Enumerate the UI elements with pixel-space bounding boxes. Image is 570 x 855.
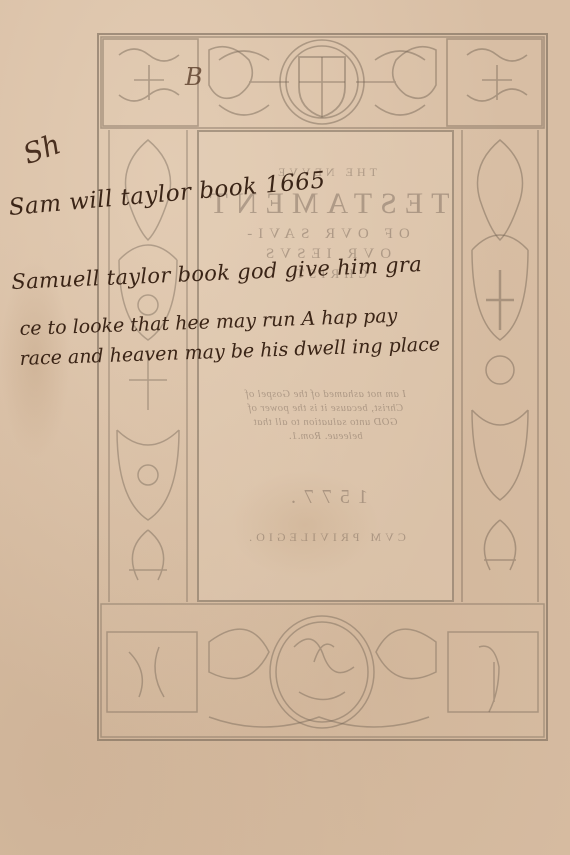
border-bottom-with-medallion bbox=[99, 602, 546, 739]
verse-line: GOD unto saluation to all that bbox=[197, 416, 454, 430]
handwritten-initials: Sh bbox=[19, 127, 65, 171]
bleed-through-verse: I am not ashamed of the Gospel of Christ… bbox=[197, 388, 454, 444]
border-right bbox=[454, 130, 546, 602]
bleed-through-title-line3: OF OVR SAVI- bbox=[197, 226, 454, 243]
verse-line: beleeue. Rom.1. bbox=[197, 430, 454, 444]
ink-mark: B bbox=[185, 63, 203, 91]
verse-line: I am not ashamed of the Gospel of bbox=[197, 388, 454, 402]
border-top-with-coat-of-arms bbox=[99, 35, 546, 130]
bleed-through-privilege: CVM PRIVILEGIO. bbox=[197, 530, 454, 545]
bleed-through-year: 1577. bbox=[197, 486, 454, 509]
verse-line: Christ, because it is the power of bbox=[197, 402, 454, 416]
document-page: THE NEVVE TESTAMENT OF OVR SAVI- OVR IES… bbox=[0, 0, 570, 855]
